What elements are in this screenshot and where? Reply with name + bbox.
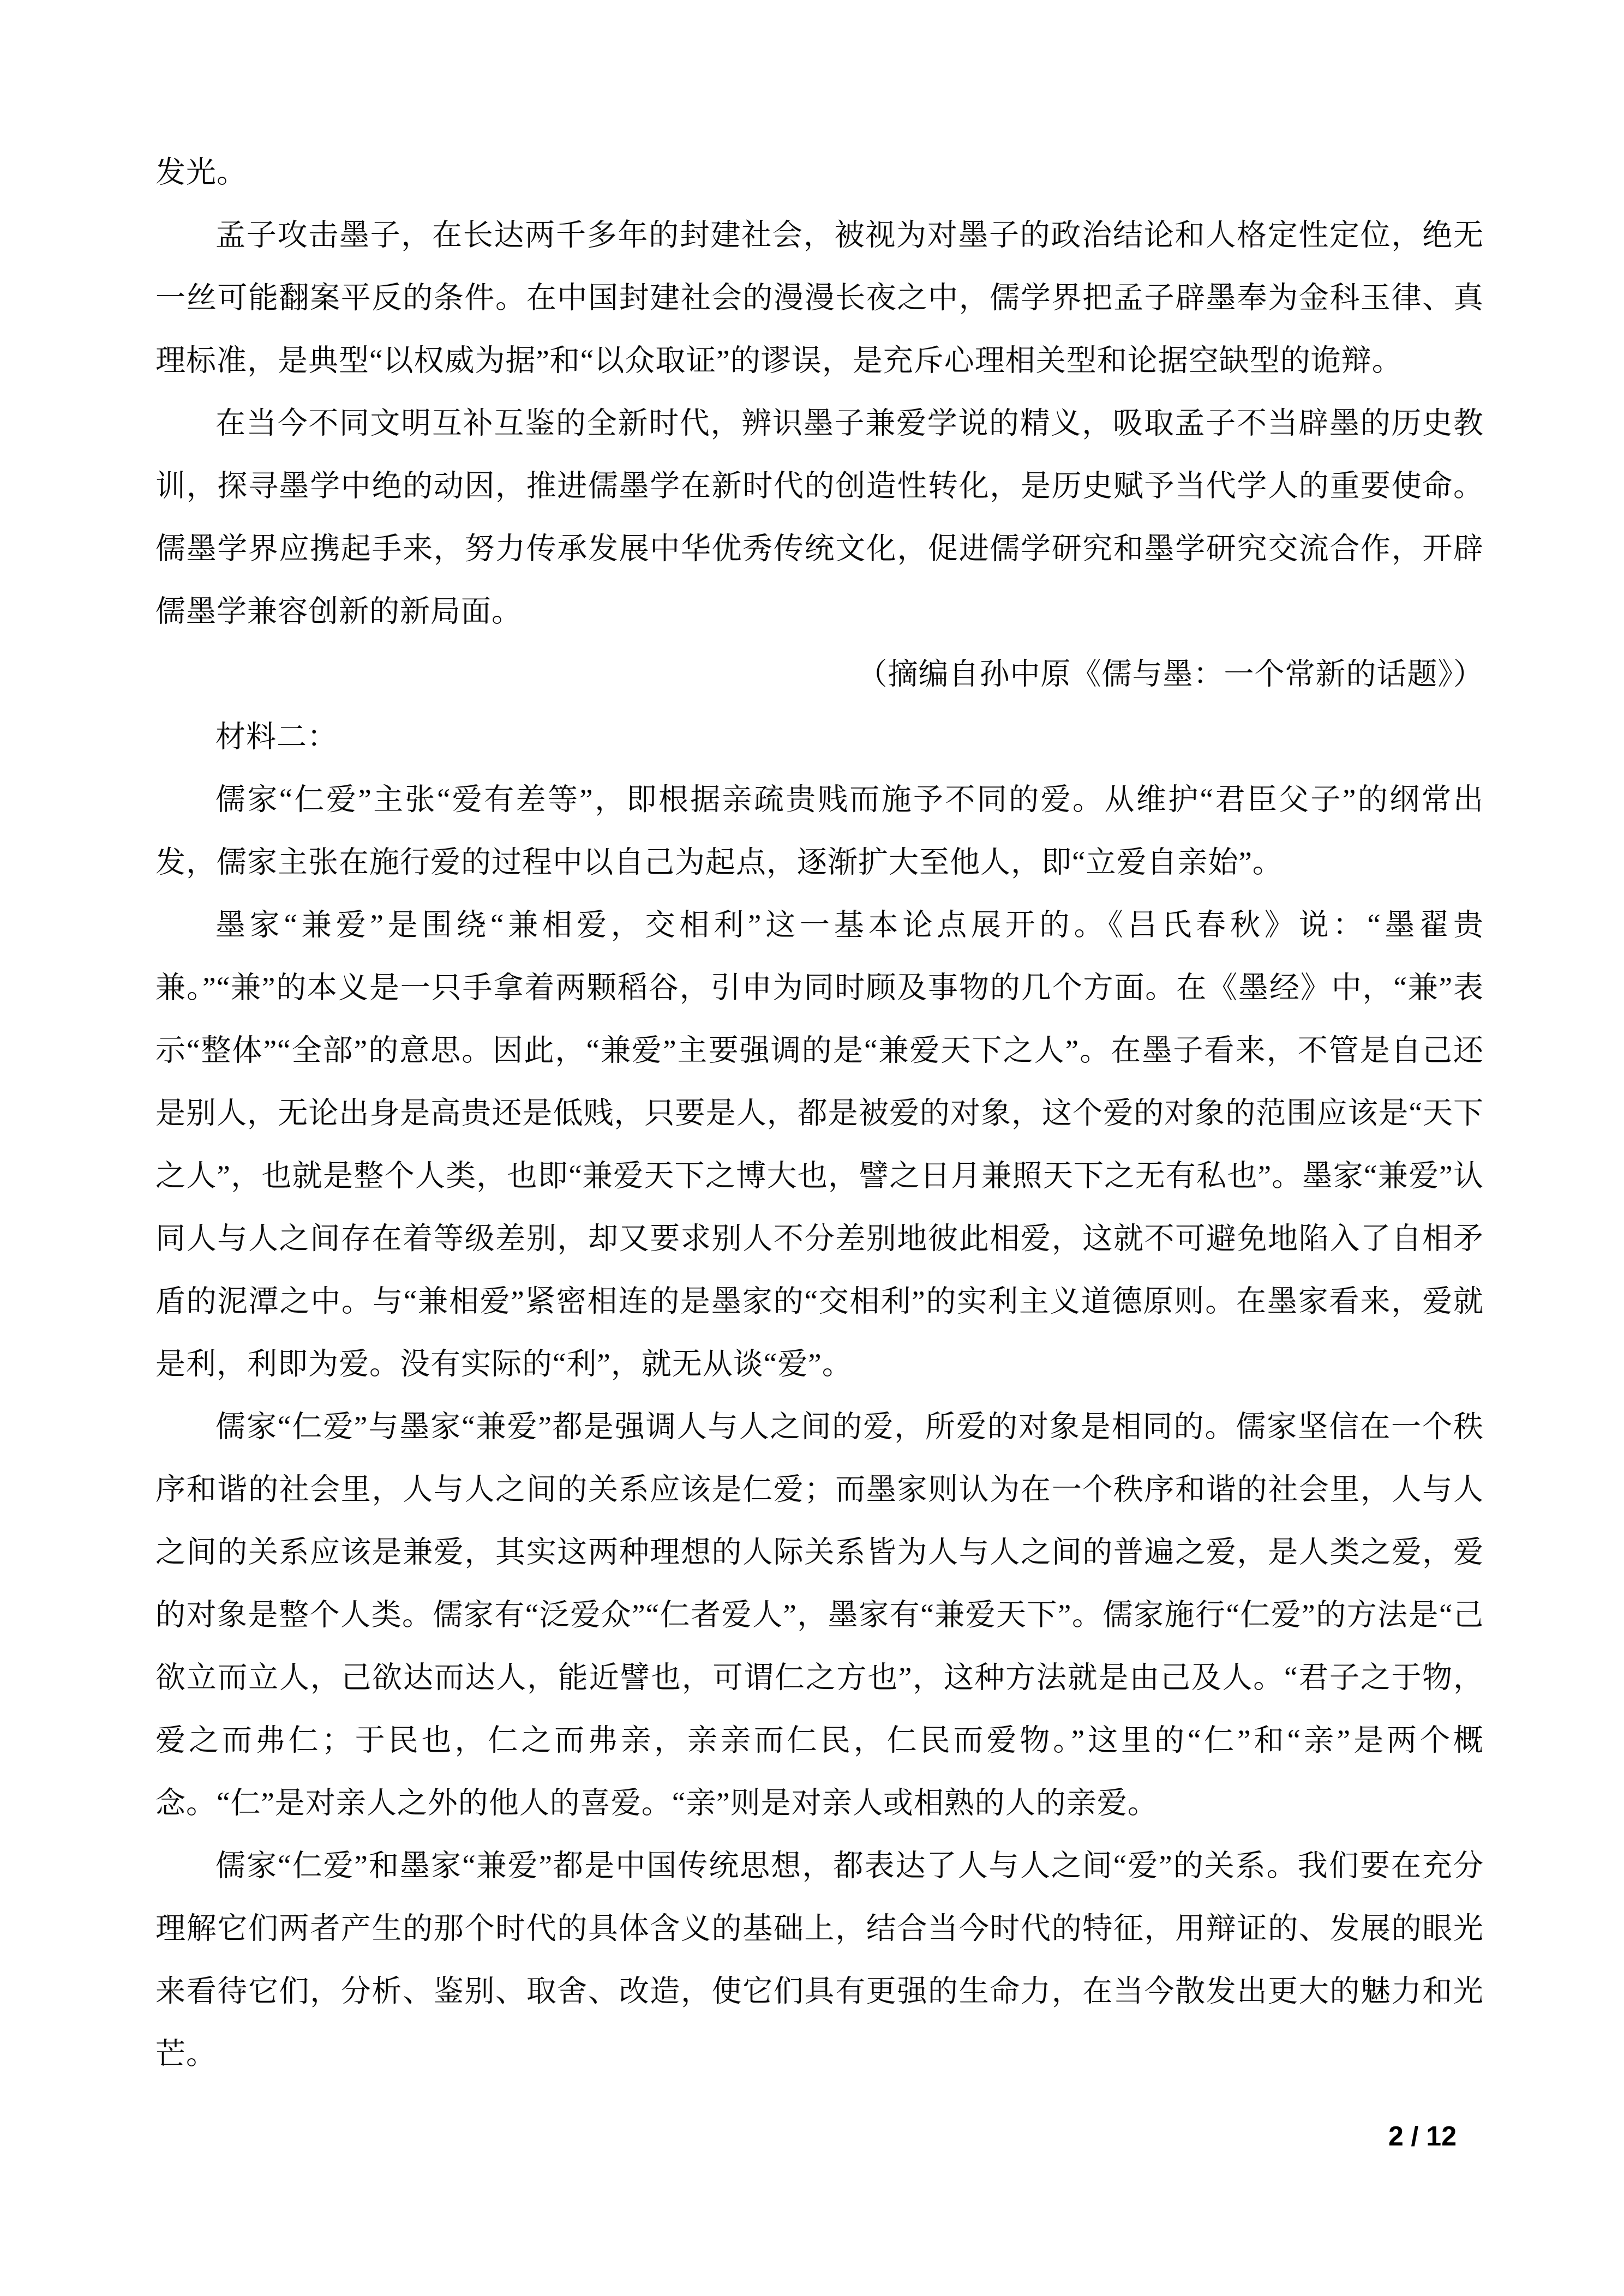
- paragraph: 在当今不同文明互补互鉴的全新时代，辨识墨子兼爱学说的精义，吸取孟子不当辟墨的历史…: [155, 392, 1484, 642]
- paragraph: 儒家“仁爱”与墨家“兼爱”都是强调人与人之间的爱，所爱的对象是相同的。儒家坚信在…: [155, 1395, 1484, 1834]
- paragraph: 孟子攻击墨子，在长达两千多年的封建社会，被视为对墨子的政治结论和人格定性定位，绝…: [155, 203, 1484, 392]
- material-two-heading: 材料二：: [155, 705, 1484, 768]
- text-block: 发光。 孟子攻击墨子，在长达两千多年的封建社会，被视为对墨子的政治结论和人格定性…: [155, 141, 1484, 2085]
- paragraph-continuation: 发光。: [155, 141, 1484, 203]
- paragraph: 儒家“仁爱”主张“爱有差等”，即根据亲疏贵贱而施予不同的爱。从维护“君臣父子”的…: [155, 768, 1484, 893]
- page-number: 2 / 12: [1388, 2120, 1457, 2152]
- paragraph: 儒家“仁爱”和墨家“兼爱”都是中国传统思想，都表达了人与人之间“爱”的关系。我们…: [155, 1834, 1484, 2085]
- citation-line: （摘编自孙中原《儒与墨：一个常新的话题》）: [155, 642, 1484, 705]
- paragraph: 墨家“兼爱”是围绕“兼相爱，交相利”这一基本论点展开的。《吕氏春秋》说：“墨翟贵…: [155, 893, 1484, 1395]
- document-page: 发光。 孟子攻击墨子，在长达两千多年的封建社会，被视为对墨子的政治结论和人格定性…: [0, 0, 1624, 2296]
